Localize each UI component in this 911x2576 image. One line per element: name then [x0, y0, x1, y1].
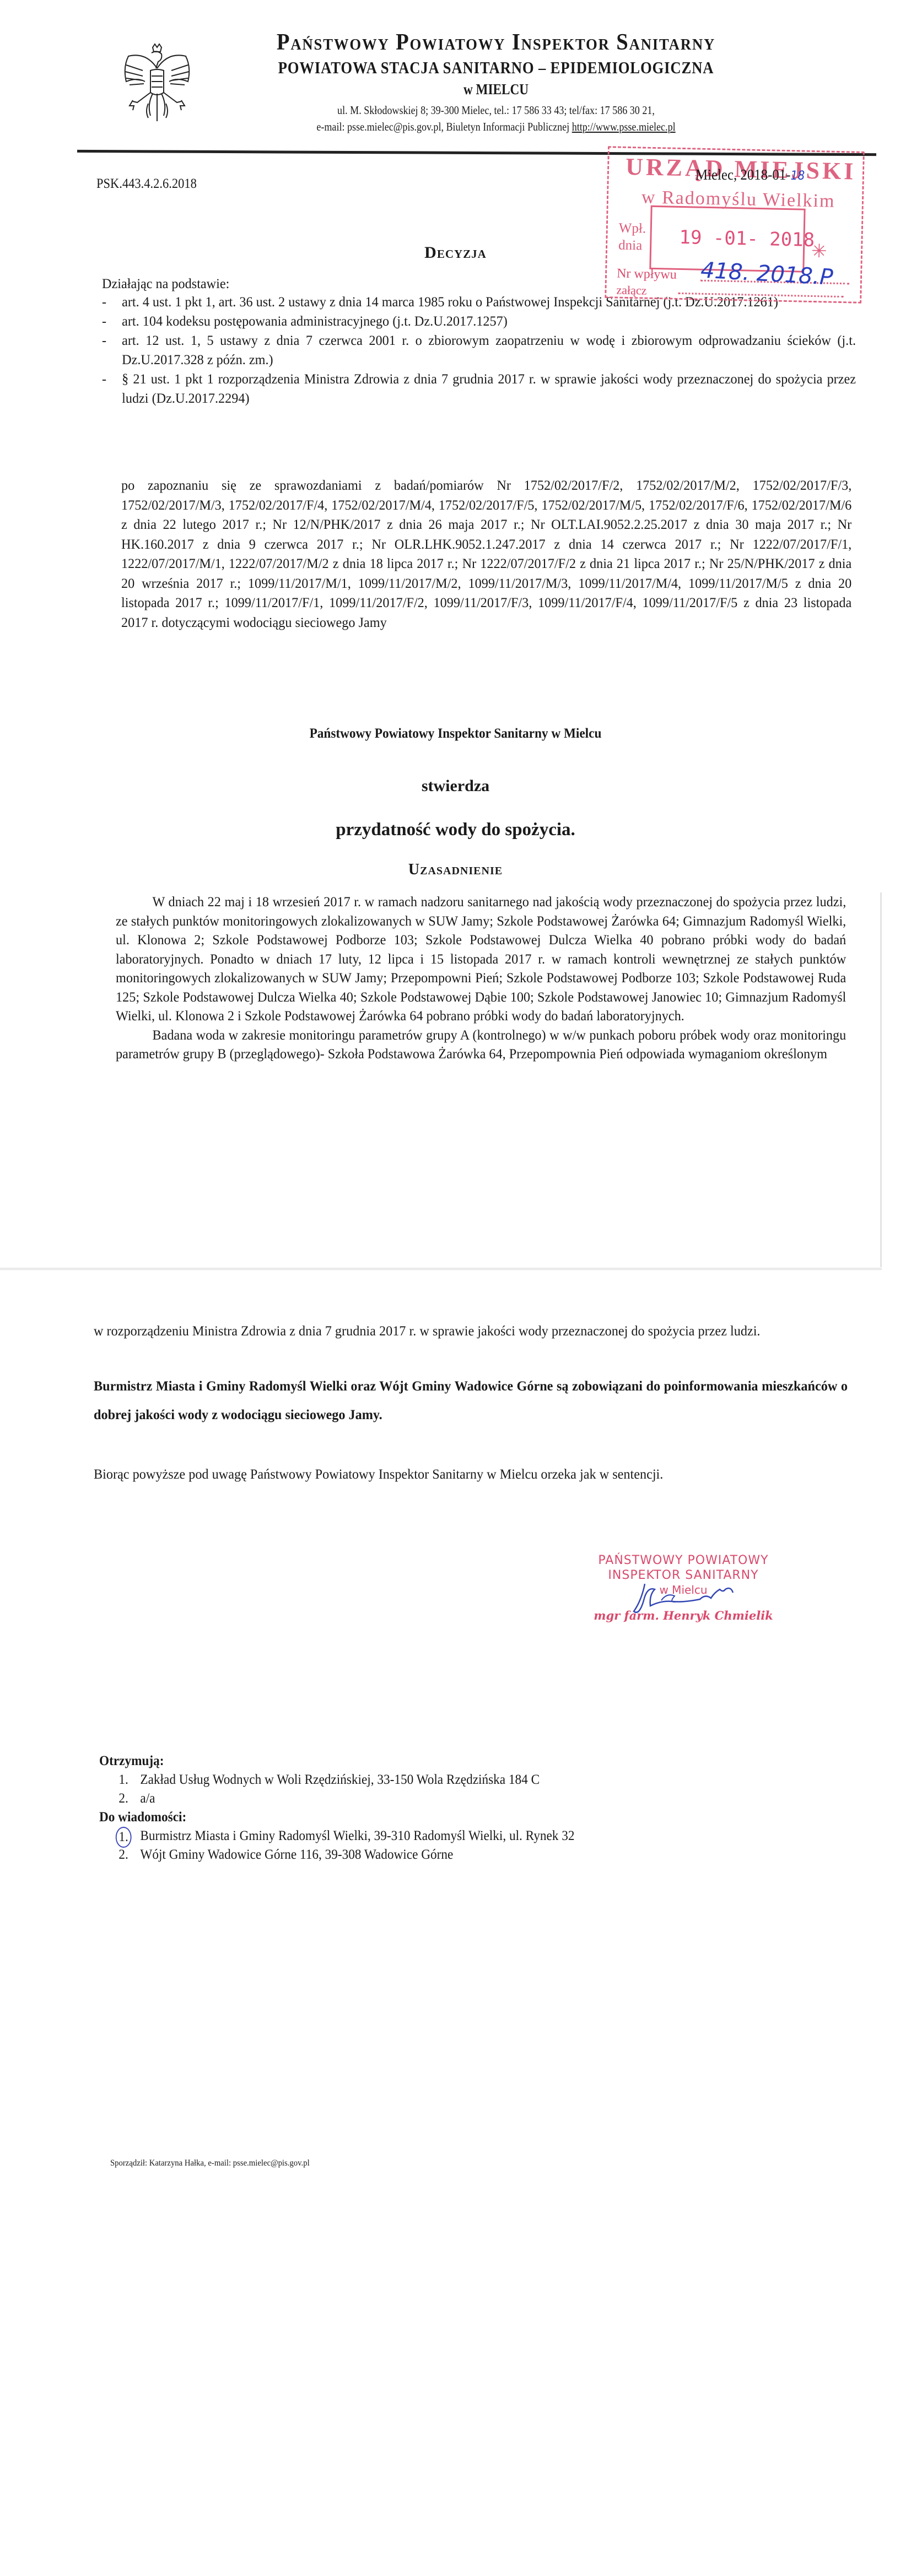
info-recipient-item: 2.Wójt Gminy Wadowice Górne 116, 39-308 … — [140, 1846, 574, 1864]
justification-paragraph: Badana woda w zakresie monitoringu param… — [116, 1026, 846, 1064]
info-recipient-item: 1.Burmistrz Miasta i Gminy Radomyśl Wiel… — [140, 1827, 574, 1846]
letterhead-city: w MIELCU — [259, 82, 733, 97]
letterhead-email: e-mail: psse.mielec@pis.gov.pl, Biuletyn… — [316, 120, 572, 133]
handwritten-signature-icon — [628, 1573, 755, 1622]
ruling-verb: stwierdza — [0, 777, 911, 795]
legal-basis-item: art. 12 ust. 1, 5 ustawy z dnia 7 czerwc… — [102, 331, 856, 369]
page-edge — [880, 892, 882, 1270]
recipient-item: 2.a/a — [140, 1789, 574, 1808]
reports-paragraph: po zapoznaniu się ze sprawozdaniami z ba… — [121, 475, 851, 632]
polish-eagle-emblem-icon — [118, 43, 196, 125]
letterhead-title: Państwowy Powiatowy Inspektor Sanitarny — [242, 31, 750, 54]
legal-basis-list: art. 4 ust. 1 pkt 1, art. 36 ust. 2 usta… — [102, 292, 856, 408]
stamp-attach-label: załącz — [616, 283, 646, 298]
distribution-list: Otrzymują: 1.Zakład Usług Wodnych w Woli… — [99, 1752, 574, 1864]
stamp-number-label: Nr wpływu — [617, 267, 677, 283]
conclusion-paragraph: Biorąc powyższe pod uwagę Państwowy Powi… — [94, 1460, 848, 1489]
justification-body: W dniach 22 maj i 18 wrzesień 2017 r. w … — [116, 892, 846, 1064]
handwritten-day: 18 — [790, 169, 805, 183]
stamp-attach-line — [678, 293, 843, 297]
ruling-authority: Państwowy Powiatowy Inspektor Sanitarny … — [32, 726, 879, 742]
recipients-list: 1.Zakład Usług Wodnych w Woli Rzędziński… — [99, 1771, 574, 1808]
justification-continuation: w rozporządzeniu Ministra Zdrowia z dnia… — [94, 1317, 848, 1345]
bip-link[interactable]: http://www.psse.mielec.pl — [572, 120, 676, 133]
letterhead-subtitle: POWIATOWA STACJA SANITARNO – EPIDEMIOLOG… — [259, 59, 733, 76]
recipient-item: 1.Zakład Usług Wodnych w Woli Rzędziński… — [140, 1771, 574, 1789]
justification-paragraph: W dniach 22 maj i 18 wrzesień 2017 r. w … — [116, 892, 846, 1026]
letterhead-address: ul. M. Skłodowskiej 8; 39-300 Mielec, te… — [259, 105, 733, 116]
stamp-received-label: Wpł.dnia — [618, 220, 646, 255]
stamp-star-icon: ✳ — [811, 240, 827, 263]
obligation-paragraph: Burmistrz Miasta i Gminy Radomyśl Wielki… — [94, 1372, 848, 1429]
legal-basis-item: § 21 ust. 1 pkt 1 rozporządzenia Ministr… — [102, 369, 856, 408]
prepared-by: Sporządził: Katarzyna Hałka, e-mail: pss… — [110, 2158, 310, 2168]
ruling-object: przydatność wody do spożycia. — [0, 820, 911, 840]
for-information-list: 1.Burmistrz Miasta i Gminy Radomyśl Wiel… — [99, 1827, 574, 1864]
letterhead-contact: e-mail: psse.mielec@pis.gov.pl, Biuletyn… — [259, 121, 733, 133]
justification-title: Uzasadnienie — [0, 861, 911, 879]
for-information-header: Do wiadomości: — [99, 1808, 574, 1827]
reference-number: PSK.443.4.2.6.2018 — [96, 176, 197, 192]
stamp-received-date: 19 -01- 2018 — [679, 226, 815, 251]
document-date: Mielec, 2018-01-18 — [696, 166, 805, 183]
page-break — [0, 1267, 882, 1270]
stamp-number-handwritten: 418. 2018.P — [700, 258, 834, 290]
recipients-header: Otrzymują: — [99, 1752, 574, 1771]
legal-basis-item: art. 104 kodeksu postępowania administra… — [102, 311, 856, 331]
circled-number-marker: 1. — [116, 1827, 132, 1848]
